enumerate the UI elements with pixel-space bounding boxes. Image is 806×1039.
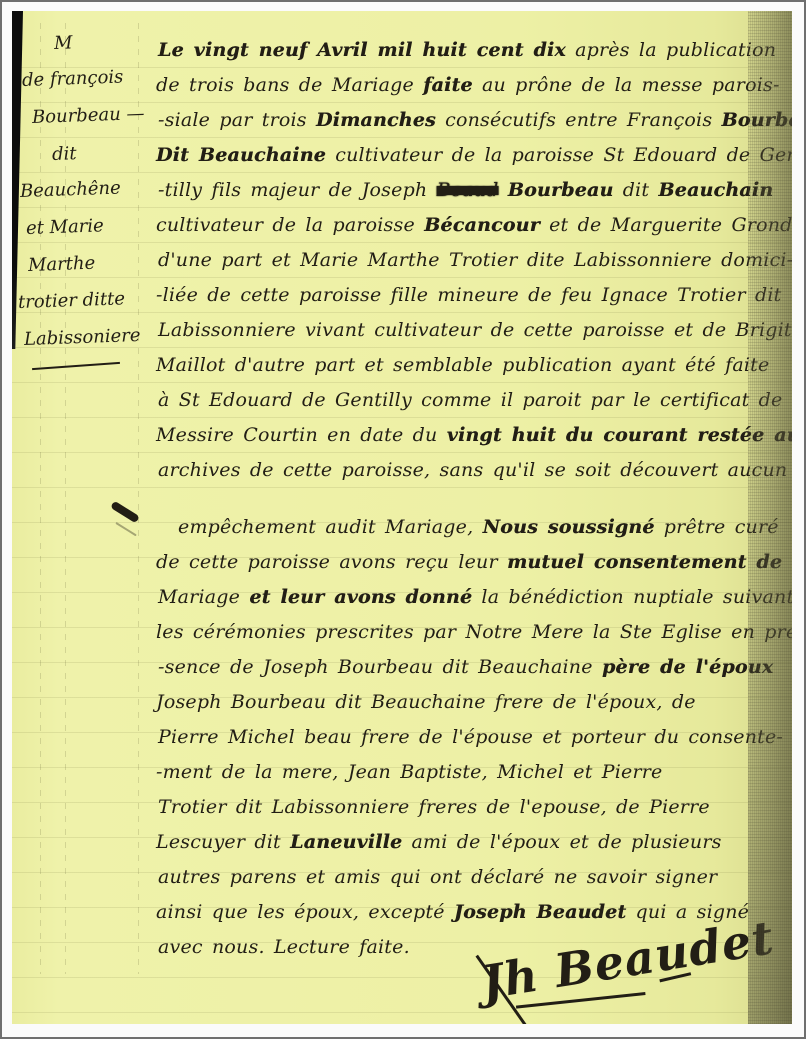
text-line: Messire Courtin en date du vingt huit du… xyxy=(156,418,792,453)
margin-annotation: Mde françoisBourbeau —ditBeauchêneet Mar… xyxy=(28,25,154,358)
record-text: Le vingt neuf Avril mil huit cent dix ap… xyxy=(158,33,792,965)
text-line: de cette paroisse avons reçu leur mutuel… xyxy=(156,545,792,580)
text-line: Maillot d'autre part et semblable public… xyxy=(156,348,792,383)
scan-frame: Mde françoisBourbeau —ditBeauchêneet Mar… xyxy=(0,0,806,1039)
margin-note-line: Marthe xyxy=(27,243,154,284)
margin-note-line: de françois xyxy=(21,57,154,99)
margin-note-line: dit xyxy=(51,132,154,173)
text-line: -liée de cette paroisse fille mineure de… xyxy=(156,278,792,313)
text-line: -ment de la mere, Jean Baptiste, Michel … xyxy=(156,755,792,790)
text-line: Dit Beauchaine cultivateur de la paroiss… xyxy=(156,138,792,173)
text-line: archives de cette paroisse, sans qu'il s… xyxy=(158,453,792,488)
text-line: -sence de Joseph Bourbeau dit Beauchaine… xyxy=(158,650,792,685)
text-line: Pierre Michel beau frere de l'épouse et … xyxy=(158,720,792,755)
margin-note-line: Labissoniere xyxy=(23,316,154,358)
text-line: à St Edouard de Gentilly comme il paroit… xyxy=(158,383,792,418)
text-line: Trotier dit Labissonniere freres de l'ep… xyxy=(158,790,792,825)
text-line: autres parens et amis qui ont déclaré ne… xyxy=(158,860,792,895)
margin-note-line: Beauchêne xyxy=(19,168,154,210)
record-paragraph-1: Le vingt neuf Avril mil huit cent dix ap… xyxy=(158,33,792,488)
text-line: Le vingt neuf Avril mil huit cent dix ap… xyxy=(158,33,792,68)
text-line: Mariage et leur avons donné la bénédicti… xyxy=(158,580,792,615)
ink-smudge xyxy=(110,501,140,524)
text-line: -siale par trois Dimanches consécutifs e… xyxy=(158,103,792,138)
text-line: de trois bans de Mariage faite au prône … xyxy=(156,68,792,103)
margin-note-line: trotier ditte xyxy=(17,279,154,321)
text-line: Joseph Bourbeau dit Beauchaine frere de … xyxy=(156,685,792,720)
margin-note-line: et Marie xyxy=(25,206,154,247)
text-line: Labissonniere vivant cultivateur de cett… xyxy=(158,313,792,348)
document-page: Mde françoisBourbeau —ditBeauchêneet Mar… xyxy=(12,11,792,1024)
record-paragraph-2: empêchement audit Mariage, Nous soussign… xyxy=(158,510,792,965)
margin-note-line: Bourbeau — xyxy=(31,95,154,136)
text-line: cultivateur de la paroisse Bécancour et … xyxy=(156,208,792,243)
margin-note-line: M xyxy=(53,22,154,62)
text-line: d'une part et Marie Marthe Trotier dite … xyxy=(158,243,792,278)
text-line: les cérémonies prescrites par Notre Mere… xyxy=(156,615,792,650)
text-line: -tilly fils majeur de Joseph Beaud Bourb… xyxy=(158,173,792,208)
text-line: Lescuyer dit Laneuville ami de l'époux e… xyxy=(156,825,792,860)
text-line: empêchement audit Mariage, Nous soussign… xyxy=(158,510,792,545)
margin-flourish-line xyxy=(32,362,120,370)
